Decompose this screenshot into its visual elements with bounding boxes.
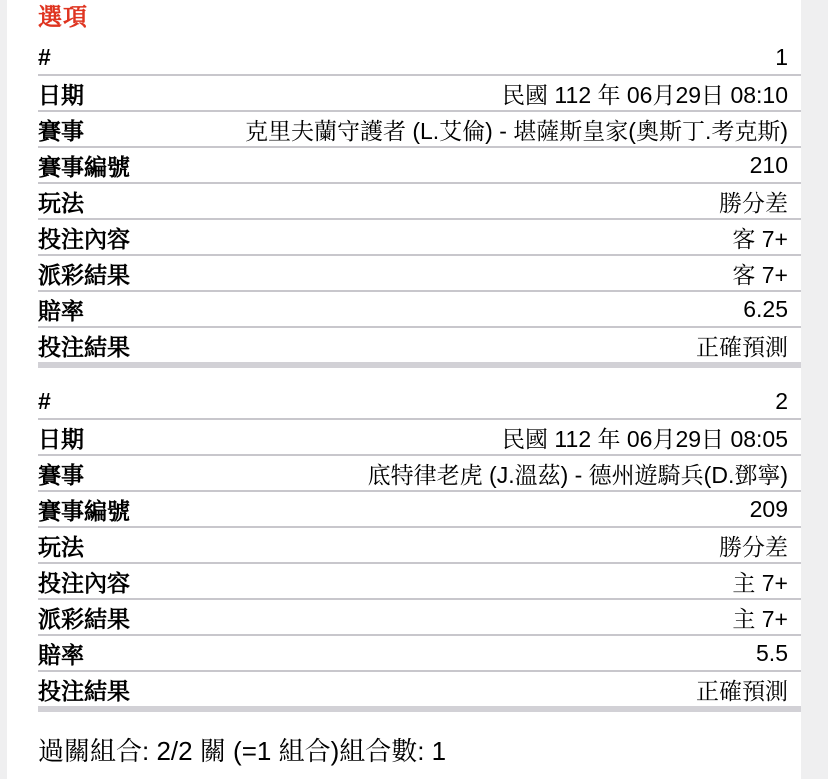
row-value: 正確預測 bbox=[696, 673, 788, 706]
row-label: 賽事 bbox=[38, 113, 84, 146]
row-value: 210 bbox=[750, 152, 788, 179]
row-value: 正確預測 bbox=[696, 329, 788, 362]
row-value: 勝分差 bbox=[719, 529, 788, 562]
row-label: 日期 bbox=[38, 77, 84, 110]
table-row: 賠率 6.25 bbox=[38, 292, 801, 328]
table-row: 投注內容 客 7+ bbox=[38, 220, 801, 256]
table-row: # 2 bbox=[38, 384, 801, 420]
row-label: # bbox=[38, 44, 51, 71]
row-label: 投注內容 bbox=[38, 565, 130, 598]
row-label: 派彩結果 bbox=[38, 601, 130, 634]
row-label: 玩法 bbox=[38, 185, 84, 218]
row-label: 派彩結果 bbox=[38, 257, 130, 290]
row-label: 賽事編號 bbox=[38, 149, 130, 182]
row-value: 5.5 bbox=[756, 640, 788, 667]
row-label: 玩法 bbox=[38, 529, 84, 562]
parlay-summary: 過關組合: 2/2 關 (=1 組合)組合數: 1 bbox=[38, 736, 801, 766]
table-row: 派彩結果 主 7+ bbox=[38, 600, 801, 636]
row-value: 民國 112 年 06月29日 08:10 bbox=[502, 77, 788, 110]
row-label: 投注結果 bbox=[38, 673, 130, 706]
table-row: 派彩結果 客 7+ bbox=[38, 256, 801, 292]
row-value: 客 7+ bbox=[732, 221, 788, 254]
table-row: 日期 民國 112 年 06月29日 08:05 bbox=[38, 420, 801, 456]
table-row: 投注結果 正確預測 bbox=[38, 672, 801, 706]
table-row: 賽事 底特律老虎 (J.溫茲) - 德州遊騎兵(D.鄧寧) bbox=[38, 456, 801, 492]
row-value: 克里夫蘭守護者 (L.艾倫) - 堪薩斯皇家(奧斯丁.考克斯) bbox=[245, 113, 788, 146]
row-value: 1 bbox=[775, 44, 788, 71]
table-row: 投注內容 主 7+ bbox=[38, 564, 801, 600]
row-label: # bbox=[38, 388, 51, 415]
row-value: 民國 112 年 06月29日 08:05 bbox=[502, 421, 788, 454]
row-value: 6.25 bbox=[743, 296, 788, 323]
option-table-2: # 2 日期 民國 112 年 06月29日 08:05 賽事 底特律老虎 (J… bbox=[38, 384, 801, 712]
row-label: 賽事編號 bbox=[38, 493, 130, 526]
row-value: 209 bbox=[750, 496, 788, 523]
row-value: 2 bbox=[775, 388, 788, 415]
row-label: 投注內容 bbox=[38, 221, 130, 254]
row-value: 勝分差 bbox=[719, 185, 788, 218]
table-row: 賽事編號 210 bbox=[38, 148, 801, 184]
option-table-1: # 1 日期 民國 112 年 06月29日 08:10 賽事 克里夫蘭守護者 … bbox=[38, 40, 801, 368]
table-row: 玩法 勝分差 bbox=[38, 528, 801, 564]
bet-detail-content: 選項 # 1 日期 民國 112 年 06月29日 08:10 賽事 克里夫蘭守… bbox=[38, 0, 801, 766]
table-row: 賽事 克里夫蘭守護者 (L.艾倫) - 堪薩斯皇家(奧斯丁.考克斯) bbox=[38, 112, 801, 148]
row-label: 投注結果 bbox=[38, 329, 130, 362]
row-value: 客 7+ bbox=[732, 257, 788, 290]
row-label: 日期 bbox=[38, 421, 84, 454]
table-row: 賽事編號 209 bbox=[38, 492, 801, 528]
row-value: 主 7+ bbox=[732, 601, 788, 634]
bet-detail-card: 選項 # 1 日期 民國 112 年 06月29日 08:10 賽事 克里夫蘭守… bbox=[7, 0, 801, 779]
row-value: 主 7+ bbox=[732, 565, 788, 598]
table-row: # 1 bbox=[38, 40, 801, 76]
row-value: 底特律老虎 (J.溫茲) - 德州遊騎兵(D.鄧寧) bbox=[368, 457, 788, 490]
page-title: 選項 bbox=[38, 0, 801, 30]
table-row: 日期 民國 112 年 06月29日 08:10 bbox=[38, 76, 801, 112]
row-label: 賠率 bbox=[38, 637, 84, 670]
table-row: 玩法 勝分差 bbox=[38, 184, 801, 220]
table-row: 投注結果 正確預測 bbox=[38, 328, 801, 362]
row-label: 賽事 bbox=[38, 457, 84, 490]
row-label: 賠率 bbox=[38, 293, 84, 326]
table-row: 賠率 5.5 bbox=[38, 636, 801, 672]
